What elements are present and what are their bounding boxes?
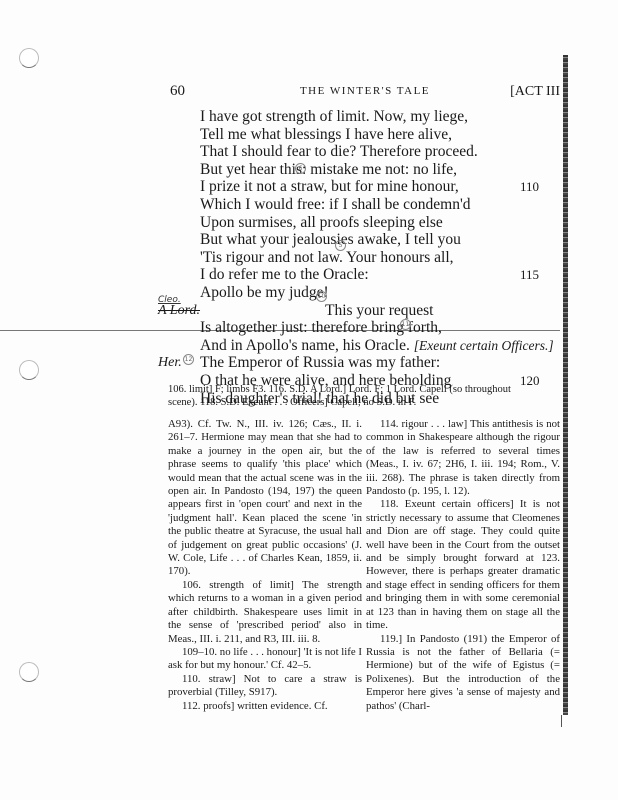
speaker-name: Her. — [158, 354, 182, 372]
act-label: [ACT III — [510, 84, 560, 100]
page-title: THE WINTER'S TALE — [170, 85, 560, 97]
verse-line: But yet hear this: mistake me not: no li… — [200, 161, 570, 179]
verse-line: I have got strength of limit. Now, my li… — [200, 108, 570, 126]
commentary-right-column: 114. rigour . . . law] This antithesis i… — [366, 418, 560, 713]
verse-line: Her.The Emperor of Russia was my father: — [200, 354, 570, 372]
collation-line: 106. limit] F; limbs F3. 116. S.D. A Lor… — [168, 383, 560, 396]
note: A93). Cf. Tw. N., III. iv. 126; Cæs., II… — [168, 418, 362, 579]
verse-block: I have got strength of limit. Now, my li… — [200, 108, 570, 407]
note: 112. proofs] written evidence. Cf. — [168, 700, 362, 713]
verse-line: And in Apollo's name, his Oracle. [Exeun… — [200, 337, 570, 355]
margin-circle-mark: 6 — [295, 163, 306, 174]
note: 114. rigour . . . law] This antithesis i… — [366, 418, 560, 498]
margin-circle-mark: 12 — [183, 354, 194, 365]
verse-line: Cleo. A Lord. This your request — [200, 302, 570, 320]
stage-direction: [Exeunt certain Officers.] — [414, 338, 554, 353]
note: 118. Exeunt certain officers] It is not … — [366, 498, 560, 632]
note: 109–10. no life . . . honour] 'It is not… — [168, 646, 362, 673]
book-page: 60 THE WINTER'S TALE [ACT III I have got… — [0, 0, 618, 800]
verse-line: Upon surmises, all proofs sleeping else — [200, 214, 570, 232]
margin-circle-mark: 11 — [400, 319, 411, 330]
collation-line: scene). 118. S.D. Exeunt . . . Officers]… — [168, 396, 560, 409]
verse-line: I do refer me to the Oracle:115 — [200, 266, 570, 284]
verse-line: Which I would free: if I shall be condem… — [200, 196, 570, 214]
speaker-name-struck: A Lord. — [158, 302, 200, 320]
textual-collation: 106. limit] F; limbs F3. 116. S.D. A Lor… — [168, 383, 560, 409]
line-number: 115 — [520, 266, 539, 284]
margin-circle-mark: 5 — [335, 240, 346, 251]
commentary-left-column: A93). Cf. Tw. N., III. iv. 126; Cæs., II… — [168, 418, 362, 713]
verse-line: I prize it not a straw, but for mine hon… — [200, 178, 570, 196]
verse-line: 'Tis rigour and not law. Your honours al… — [200, 249, 570, 267]
verse-line: That I should fear to die? Therefore pro… — [200, 143, 570, 161]
running-head: 60 THE WINTER'S TALE [ACT III — [170, 83, 560, 103]
note: 119.] In Pandosto (191) the Emperor of R… — [366, 633, 560, 713]
verse-line: Tell me what blessings I have here alive… — [200, 126, 570, 144]
margin-circle-mark: 10 — [316, 291, 327, 302]
line-number: 110 — [520, 178, 539, 196]
note: 110. straw] Not to care a straw is prove… — [168, 673, 362, 700]
verse-line: But what your jealousies awake, I tell y… — [200, 231, 570, 249]
verse-line: Apollo be my judge! — [200, 284, 570, 302]
note: 106. strength of limit] The strength whi… — [168, 579, 362, 646]
verse-line: Is altogether just: therefore bring fort… — [200, 319, 570, 337]
